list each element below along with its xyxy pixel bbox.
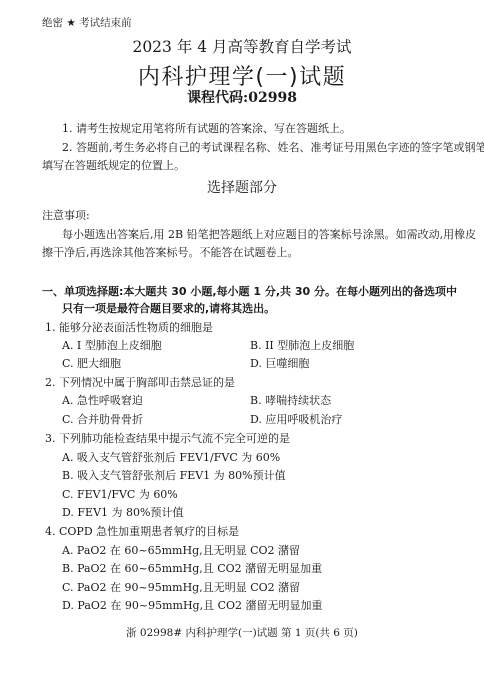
q2-option-c: C. 合并肋骨骨折 <box>62 411 143 427</box>
part-heading-line-1: 一、单项选择题:本大题共 30 小题,每小题 1 分,共 30 分。在每小题列出… <box>42 283 457 299</box>
question-1: 1. 能够分泌表面活性物质的细胞是 <box>45 319 213 335</box>
question-stem: 下列情况中属于胸部叩击禁忌证的是 <box>59 376 235 389</box>
exam-title: 2023 年 4 月高等教育自学考试 <box>0 35 484 57</box>
question-2: 2. 下列情况中属于胸部叩击禁忌证的是 <box>45 374 235 390</box>
question-stem: 下列肺功能检查结果中提示气流不完全可逆的是 <box>59 432 290 445</box>
q4-option-a: A. PaO2 在 60~65mmHg,且无明显 CO2 潴留 <box>62 542 300 558</box>
question-number: 2. <box>45 376 56 389</box>
q2-option-d: D. 应用呼吸机治疗 <box>250 411 342 427</box>
q3-option-c: C. FEV1/FVC 为 60% <box>62 486 178 502</box>
section-title: 选择题部分 <box>0 177 484 197</box>
part-heading-line-2: 只有一项是最符合题目要求的,请将其选出。 <box>62 300 275 316</box>
question-stem: COPD 急性加重期患者氧疗的目标是 <box>59 525 239 538</box>
q4-option-b: B. PaO2 在 60~65mmHg,且 CO2 潴留无明显加重 <box>62 560 322 576</box>
q2-option-b: B. 哮喘持续状态 <box>250 392 331 408</box>
q1-option-b: B. II 型肺泡上皮细胞 <box>250 337 354 353</box>
q1-option-a: A. I 型肺泡上皮细胞 <box>62 337 162 353</box>
instruction-2: 2. 答题前,考生务必将自己的考试课程名称、姓名、准考证号用黑色字迹的签字笔或钢… <box>62 139 484 155</box>
notice-line-1: 每小题选出答案后,用 2B 铅笔把答题纸上对应题目的答案标号涂黑。如需改动,用橡… <box>62 226 476 242</box>
question-4: 4. COPD 急性加重期患者氧疗的目标是 <box>45 523 239 539</box>
course-code: 课程代码:02998 <box>0 87 484 107</box>
confidential-label: 绝密 ★ 考试结束前 <box>42 15 132 30</box>
q3-option-b: B. 吸入支气管舒张剂后 FEV1 为 80%预计值 <box>62 467 286 483</box>
q1-option-c: C. 肥大细胞 <box>62 355 121 371</box>
notice-line-2: 擦干净后,再选涂其他答案标号。不能答在试题卷上。 <box>42 244 299 260</box>
q3-option-d: D. FEV1 为 80%预计值 <box>62 504 183 520</box>
q3-option-a: A. 吸入支气管舒张剂后 FEV1/FVC 为 60% <box>62 449 280 465</box>
instruction-2-cont: 填写在答题纸规定的位置上。 <box>42 157 185 173</box>
question-number: 4. <box>45 525 56 538</box>
q2-option-a: A. 急性呼吸窘迫 <box>62 392 143 408</box>
q4-option-c: C. PaO2 在 90~95mmHg,且无明显 CO2 潴留 <box>62 579 300 595</box>
page-footer: 浙 02998# 内科护理学(一)试题 第 1 页(共 6 页) <box>0 625 484 640</box>
q1-option-d: D. 巨噬细胞 <box>250 355 309 371</box>
question-number: 1. <box>45 321 56 334</box>
notice-label: 注意事项: <box>42 207 90 223</box>
question-stem: 能够分泌表面活性物质的细胞是 <box>59 321 213 334</box>
instruction-1: 1. 请考生按规定用笔将所有试题的答案涂、写在答题纸上。 <box>62 120 351 136</box>
question-3: 3. 下列肺功能检查结果中提示气流不完全可逆的是 <box>45 430 290 446</box>
q4-option-d: D. PaO2 在 90~95mmHg,且 CO2 潴留无明显加重 <box>62 597 323 613</box>
question-number: 3. <box>45 432 56 445</box>
